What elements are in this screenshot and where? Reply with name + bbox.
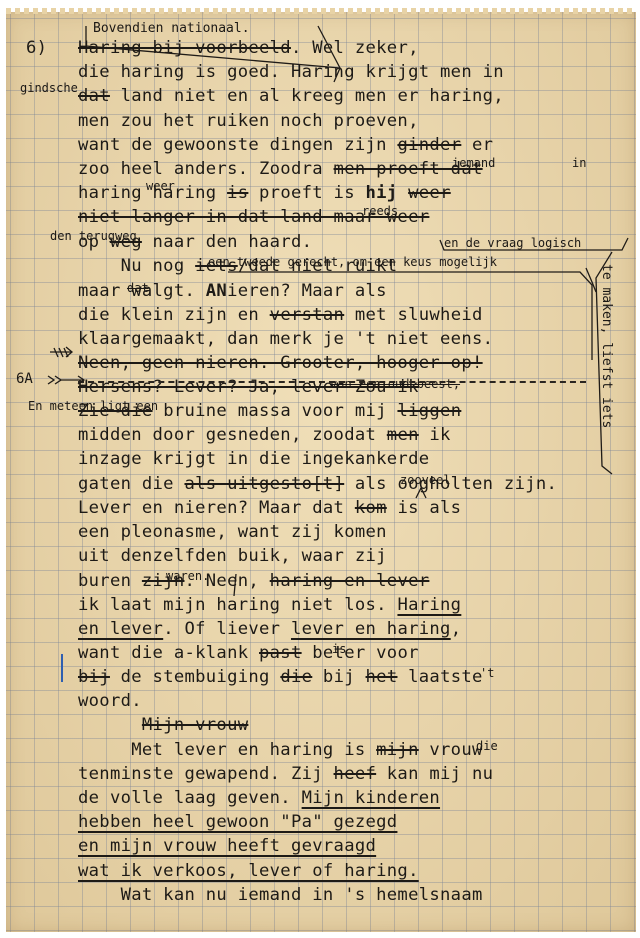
text-segment: Wat kan nu iemand in 's hemelsnaam (78, 885, 483, 905)
text-segment: als oogholten zijn. (344, 474, 557, 494)
text-segment: , (451, 619, 462, 639)
text-segment: want die a-klank (78, 643, 259, 663)
text-segment: bij (312, 667, 365, 687)
annotation-bovendien-nationaal: Bovendien nationaal. (93, 22, 250, 35)
margin-blue-mark (61, 654, 63, 682)
struck-text: ginder (397, 135, 461, 155)
underlined-text: en lever (78, 619, 163, 639)
annotation-t: 't (480, 667, 494, 679)
text-segment: zoo heel anders. Zoodra (78, 159, 334, 179)
underlined-text: wat ik verkoos, lever of haring. (78, 861, 419, 881)
text-segment: die klein zijn en (78, 305, 270, 325)
text-segment: is als (387, 498, 462, 518)
text-segment: naar den haard. (142, 232, 312, 252)
annotation-gindsche: gindsche (20, 82, 78, 94)
text-segment: inzage krijgt in die ingekankerde (78, 449, 429, 469)
text-segment: . Wel zeker, (291, 38, 419, 58)
text-segment: uit denzelfden buik, waar zij (78, 546, 387, 566)
typed-line: uit denzelfden buik, waar zij (78, 548, 387, 565)
underlined-text: Mijn kinderen (302, 788, 440, 808)
text-segment: bruine massa voor mij (153, 401, 398, 421)
text-segment (397, 183, 408, 203)
struck-text: Neen, geen nieren. Grooter, hooger op! (78, 353, 483, 373)
typed-line: buren zijn. Neen, haring en lever (78, 573, 429, 590)
annotation-reeds: reeds (362, 205, 398, 217)
typed-line: Lever en nieren? Maar dat kom is als (78, 500, 461, 517)
annotation-dat-above-walgt: dat (127, 282, 149, 294)
text-segment: de volle laag geven. (78, 788, 302, 808)
struck-text: dat (78, 86, 110, 106)
text-segment (78, 715, 142, 735)
typed-line: Wat kan nu iemand in 's hemelsnaam (78, 887, 483, 904)
annotation-zooveel: zooveel (400, 474, 451, 486)
text-segment: Met lever en haring is (78, 740, 376, 760)
underlined-text: hebben heel gewoon "Pa" gezegd (78, 812, 397, 832)
text-segment: kan mij nu (376, 764, 493, 784)
typed-line: inzage krijgt in die ingekankerde (78, 451, 429, 468)
typed-line: Met lever en haring is mijn vrouw (78, 742, 483, 759)
underlined-text: Haring (397, 595, 461, 615)
typed-line: bij de stembuiging die bij het laatste (78, 669, 483, 686)
text-segment: met sluwheid (344, 305, 482, 325)
typed-line: want de gewoonste dingen zijn ginder er (78, 137, 493, 154)
text-segment: want de gewoonste dingen zijn (78, 135, 397, 155)
annotation-tweede-gerecht: een tweede gerecht, om een keus mogelijk (208, 256, 497, 268)
underlined-text: lever en haring (291, 619, 451, 639)
text-segment: een pleonasme, want zij komen (78, 522, 387, 542)
typed-line: hebben heel gewoon "Pa" gezegd (78, 814, 397, 831)
struck-text: als uitgesto[t] (184, 474, 344, 494)
annotation-margin-vertical: te maken, liefst iets (600, 264, 613, 474)
annotation-en-meteen-ligt-een: En meteen ligt een (28, 400, 158, 412)
text-segment: vrouw (419, 740, 483, 760)
struck-text: verstan (270, 305, 345, 325)
annotation-vraag-logisch: en de vraag logisch (444, 237, 581, 249)
text-segment: ieren? Maar als (227, 281, 387, 301)
annotation-in: in (572, 157, 586, 169)
typed-line: een pleonasme, want zij komen (78, 524, 387, 541)
dashed-separator (78, 381, 586, 383)
struck-text: die (280, 667, 312, 687)
annotation-iemand: iemand (452, 157, 495, 169)
struck-text: men (387, 425, 419, 445)
typed-line: die haring is goed. Haring krijgt men in (78, 64, 504, 81)
struck-text: kom (355, 498, 387, 518)
text-segment: Nu nog (78, 256, 195, 276)
typed-line: Neen, geen nieren. Grooter, hooger op! (78, 355, 483, 372)
typed-line: die klein zijn en verstan met sluwheid (78, 307, 483, 324)
typed-line: de volle laag geven. Mijn kinderen (78, 790, 440, 807)
text-segment: gaten die (78, 474, 184, 494)
text-segment: klaargemaakt, dan merk je 't niet eens. (78, 329, 493, 349)
annotation-is: is (332, 643, 346, 655)
typed-line: dat land niet en al kreeg men er haring, (78, 88, 504, 105)
typed-line: en mijn vrouw heeft gevraagd (78, 838, 376, 855)
typed-line: woord. (78, 693, 142, 710)
annotation-van-een-oud-beest: van een oud beest, (330, 378, 460, 390)
text-segment: woord. (78, 691, 142, 711)
typed-line: klaargemaakt, dan merk je 't niet eens. (78, 331, 493, 348)
text-segment: beter voor (302, 643, 419, 663)
struck-text: Haring bij voorbeeld (78, 38, 291, 58)
struck-text: bij (78, 667, 110, 687)
text-segment: AN (206, 281, 227, 301)
typed-line: zoo heel anders. Zoodra men proeft dat (78, 161, 483, 178)
typed-line: gaten die als uitgesto[t] als oogholten … (78, 476, 557, 493)
annotation-den-terugweg: den terugweg (50, 230, 137, 242)
text-segment: ik laat mijn haring niet los. (78, 595, 397, 615)
struck-text: haring en lever (270, 571, 430, 591)
typed-line: midden door gesneden, zoodat men ik (78, 427, 451, 444)
text-segment: buren (78, 571, 142, 591)
typed-line: men zou het ruiken noch proeven, (78, 113, 419, 130)
text-segment: men zou het ruiken noch proeven, (78, 111, 419, 131)
typed-line: haring haring is proeft is hij weer (78, 185, 451, 202)
typed-line: want die a-klank past beter voor (78, 645, 419, 662)
text-segment: hij (366, 183, 398, 203)
text-segment: laatste (397, 667, 482, 687)
typed-line: tenminste gewapend. Zij heef kan mij nu (78, 766, 493, 783)
text-segment: ik (419, 425, 451, 445)
typed-line: maar walgt. ANieren? Maar als (78, 283, 387, 300)
struck-text: het (366, 667, 398, 687)
text-segment: proeft is (248, 183, 365, 203)
underlined-text: en mijn vrouw heeft gevraagd (78, 836, 376, 856)
annotation-die: die (476, 740, 498, 752)
text-segment: Lever en nieren? Maar dat (78, 498, 355, 518)
text-segment: die haring is goed. Haring krijgt men in (78, 62, 504, 82)
struck-text: weer (408, 183, 451, 203)
typed-line: Mijn vrouw (78, 717, 248, 734)
struck-text: liggen (397, 401, 461, 421)
text-segment: . Of liever (163, 619, 291, 639)
typed-line: Haring bij voorbeeld. Wel zeker, (78, 40, 419, 57)
text-segment: land niet en al kreeg men er haring, (110, 86, 504, 106)
text-segment: er (461, 135, 493, 155)
struck-text: mijn (376, 740, 419, 760)
section-marker-6a: 6A (16, 372, 33, 386)
typed-line: ik laat mijn haring niet los. Haring (78, 597, 461, 614)
text-segment: de stembuiging (110, 667, 280, 687)
section-marker-6: 6) (26, 40, 47, 57)
text-segment: tenminste gewapend. Zij (78, 764, 334, 784)
annotation-weer: weer (146, 180, 175, 192)
struck-text: heef (334, 764, 377, 784)
text-segment: midden door gesneden, zoodat (78, 425, 387, 445)
typed-line: en lever. Of liever lever en haring, (78, 621, 461, 638)
struck-text: is (227, 183, 248, 203)
struck-text: Mijn vrouw (142, 715, 248, 735)
annotation-waren: waren. (166, 570, 209, 582)
struck-text: past (259, 643, 302, 663)
typed-line: wat ik verkoos, lever of haring. (78, 863, 419, 880)
